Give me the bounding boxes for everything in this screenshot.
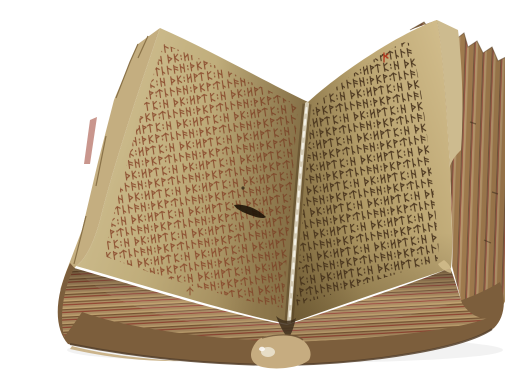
ink-spot xyxy=(241,186,244,189)
manuscript-photo-stage xyxy=(40,16,505,369)
clasp-glint xyxy=(259,347,265,351)
runic-manuscript-photo xyxy=(40,16,505,369)
